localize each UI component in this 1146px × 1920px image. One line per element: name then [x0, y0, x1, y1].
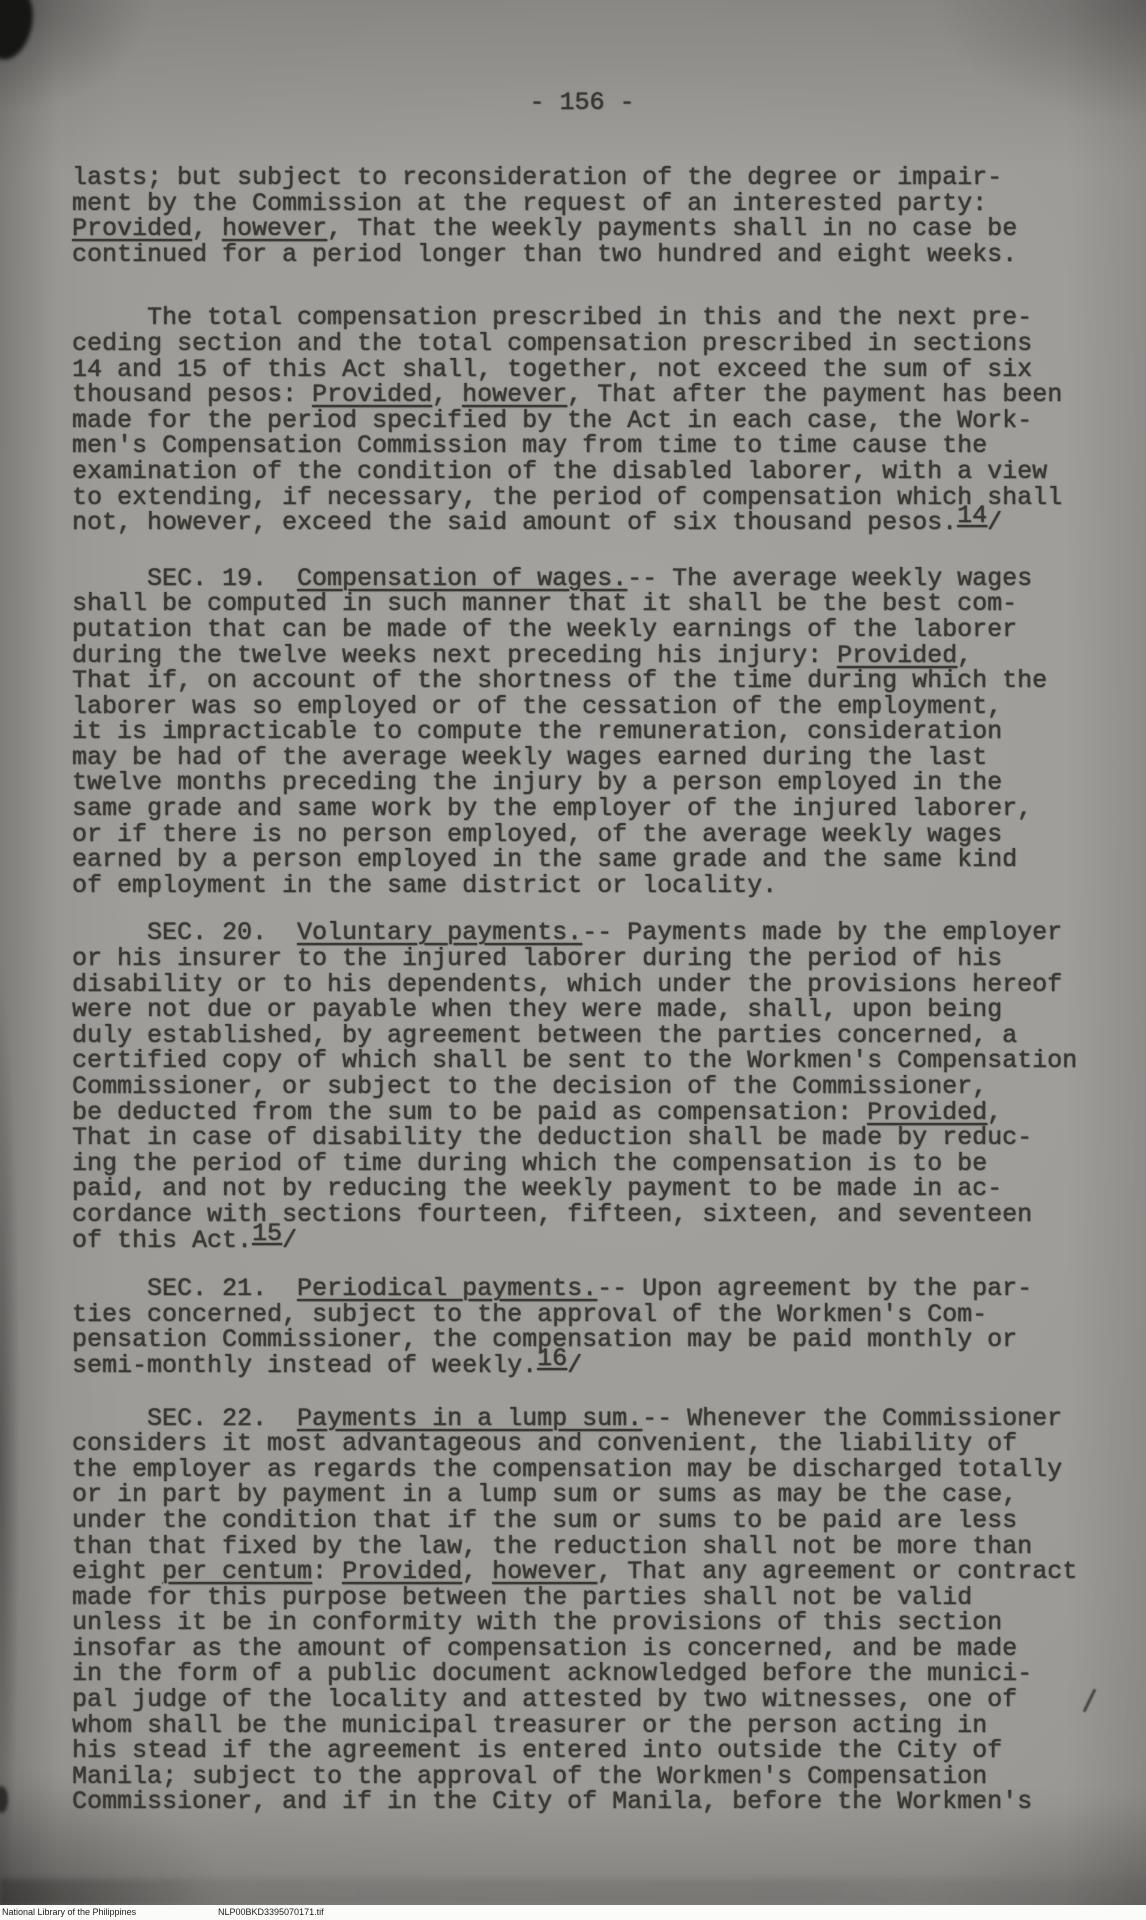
paragraph: SEC. 22. Payments in a lump sum.-- Whene… [72, 1406, 1077, 1816]
pen-slash-mark [1083, 1689, 1097, 1713]
paragraph: lasts; but subject to reconsideration of… [72, 165, 1077, 267]
footnote-reference: 14 [957, 501, 987, 530]
scan-artifact-edge-mark [0, 1786, 8, 1813]
scan-shadow-bottom [0, 1879, 1146, 1905]
paragraph: SEC. 19. Compensation of wages.-- The av… [72, 566, 1077, 899]
footer-library-label: National Library of the Philippines [2, 1907, 136, 1918]
scanner-footer-bar: National Library of the Philippines NLP0… [0, 1905, 1146, 1920]
page-number: - 156 - [0, 90, 1146, 116]
footer-filename-label: NLP00BKD3395070171.tif [218, 1907, 324, 1918]
footnote-reference: 16 [537, 1344, 567, 1373]
footnote-reference: 15 [252, 1219, 282, 1248]
paragraph: The total compensation prescribed in thi… [72, 305, 1077, 535]
paragraph: SEC. 20. Voluntary payments.-- Payments … [72, 920, 1077, 1253]
paragraph: SEC. 21. Periodical payments.-- Upon agr… [72, 1276, 1077, 1378]
document-text: lasts; but subject to reconsideration of… [72, 165, 1077, 1815]
scanned-document-page: - 156 - lasts; but subject to reconsider… [0, 0, 1146, 1920]
scan-artifact-corner-mark [0, 0, 41, 65]
